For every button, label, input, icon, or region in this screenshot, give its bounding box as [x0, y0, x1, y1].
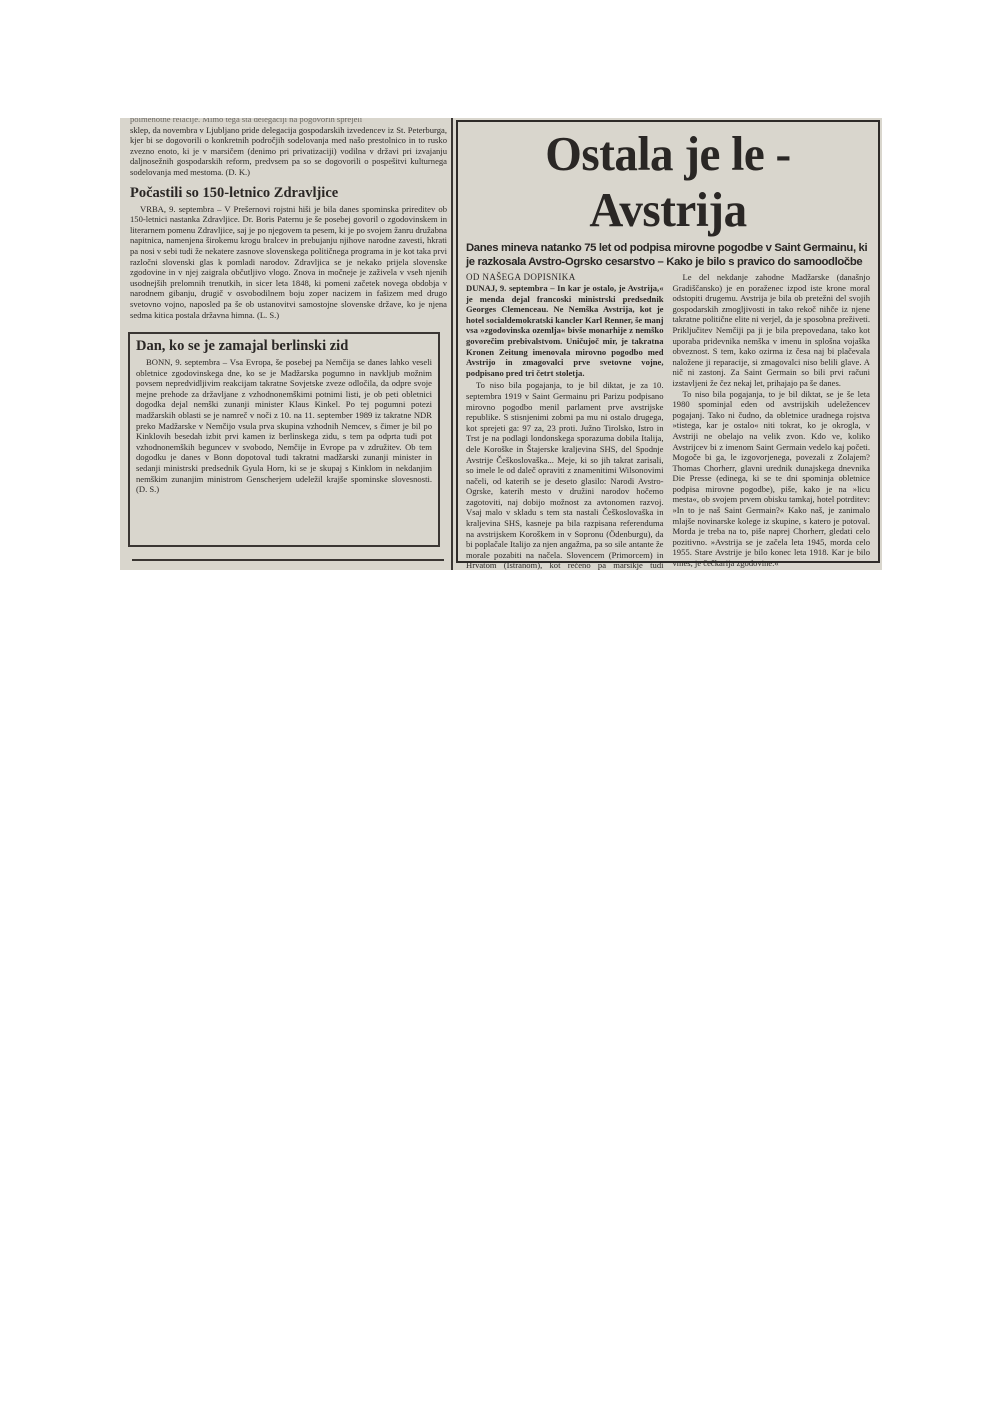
- source-line: OD NAŠEGA DOPISNIKA: [466, 272, 664, 283]
- lead-paragraph: DUNAJ, 9. septembra – In kar je ostalo, …: [466, 283, 664, 378]
- intro-fragment-cut: poimenotne relacije. Mimo tega sta deleg…: [130, 118, 447, 125]
- article-body-zdravljica: VRBA, 9. septembra – V Prešernovi rojstn…: [130, 204, 447, 321]
- article-column-2: Le del nekdanje zahodne Madžarske (današ…: [673, 272, 871, 570]
- main-subheadline: Danes mineva natanko 75 let od podpisa m…: [466, 242, 870, 269]
- intro-fragment-text: sklep, da novembra v Ljubljano pride del…: [130, 125, 447, 178]
- main-headline: Ostala je le - Avstrija: [474, 126, 862, 238]
- body-paragraph-2: Le del nekdanje zahodne Madžarske (današ…: [673, 272, 871, 389]
- column-divider: [451, 118, 453, 570]
- article-column-1: OD NAŠEGA DOPISNIKA DUNAJ, 9. septembra …: [466, 272, 664, 570]
- newspaper-clipping: poimenotne relacije. Mimo tega sta deleg…: [120, 118, 882, 570]
- article-columns: OD NAŠEGA DOPISNIKA DUNAJ, 9. septembra …: [466, 272, 870, 570]
- boxed-article-berlin-wall: Dan, ko se je zamajal berlinski zid BONN…: [128, 332, 440, 547]
- main-article-box: Ostala je le - Avstrija Danes mineva nat…: [456, 120, 880, 563]
- left-column: poimenotne relacije. Mimo tega sta deleg…: [130, 118, 447, 320]
- body-paragraph-1: To niso bila pogajanja, to je bil diktat…: [466, 380, 664, 570]
- article-body-berlin-wall: BONN, 9. septembra – Vsa Evropa, še pose…: [136, 357, 432, 495]
- body-paragraph-3: To niso bila pogajanja, to je bil diktat…: [673, 389, 871, 569]
- article-title-berlin-wall: Dan, ko se je zamajal berlinski zid: [136, 337, 432, 355]
- article-title-zdravljica: Počastili so 150-letnico Zdravljice: [130, 184, 447, 202]
- column-rule: [132, 559, 444, 561]
